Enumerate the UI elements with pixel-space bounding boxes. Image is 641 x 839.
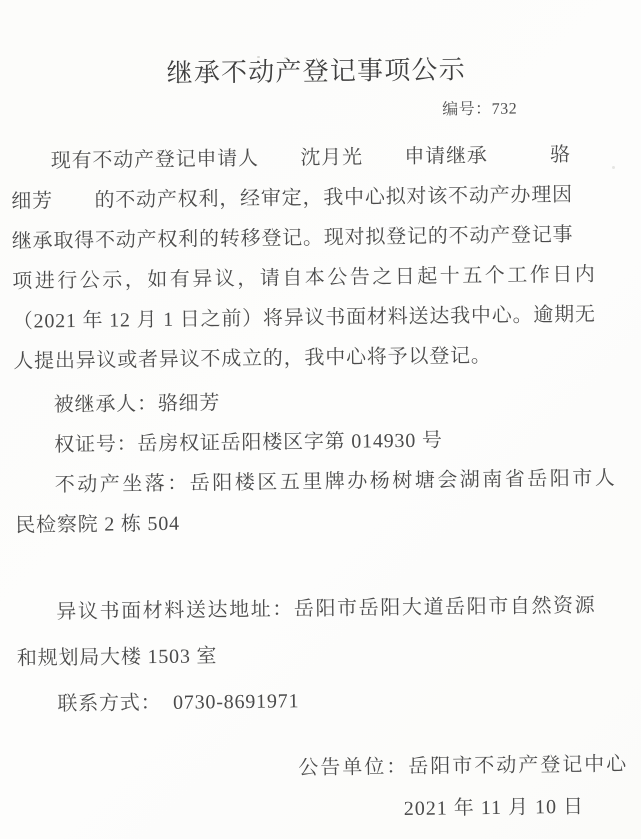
doc-number-label: 编号： — [442, 101, 492, 119]
paragraph-line: 人提出异议或者异议不成立的，我中心将予以登记。 — [13, 334, 622, 381]
doc-number-value: 732 — [492, 101, 518, 118]
objection-contact-section: 异议书面材料送达地址：岳阳市岳阳大道岳阳市自然资源 和规划局大楼 1503 室 … — [2, 582, 641, 728]
paragraph-line: （2021 年 12 月 1 日之前）将异议书面材料送达我中心。逾期无 — [13, 294, 622, 341]
doc-number: 编号：732 — [0, 96, 637, 128]
notice-title: 继承不动产登记事项公示 — [0, 48, 637, 96]
date-line: 2021 年 11 月 10 日 — [19, 785, 628, 834]
scanned-notice-page: 继承不动产登记事项公示 编号：732 现有不动产登记申请人 沈月光 申请继承 骆… — [0, 0, 641, 839]
issuer-line: 公告单位：岳阳市不动产登记中心 — [18, 743, 627, 792]
notice-content: 继承不动产登记事项公示 编号：732 现有不动产登记申请人 沈月光 申请继承 骆… — [0, 0, 641, 839]
registration-details: 被继承人：骆细芳 权证号：岳房权证岳阳楼区字第 014930 号 不动产坐落：岳… — [0, 378, 641, 546]
notice-footer: 公告单位：岳阳市不动产登记中心 2021 年 11 月 10 日 — [4, 743, 641, 835]
property-location-line: 不动产坐落：岳阳楼区五里牌办杨树塘会湖南省岳阳市人 — [15, 458, 624, 505]
notice-body-paragraph: 现有不动产登记申请人 沈月光 申请继承 骆 细芳 的不动产权利，经审定，我中心拟… — [0, 134, 640, 382]
objection-address-line: 异议书面材料送达地址：岳阳市岳阳大道岳阳市自然资源 — [16, 582, 626, 635]
objection-address-line-cont: 和规划局大楼 1503 室 — [17, 628, 627, 681]
contact-phone-line: 联系方式： 0730-8691971 — [17, 674, 627, 727]
property-location-line-cont: 民检察院 2 栋 504 — [15, 498, 624, 545]
